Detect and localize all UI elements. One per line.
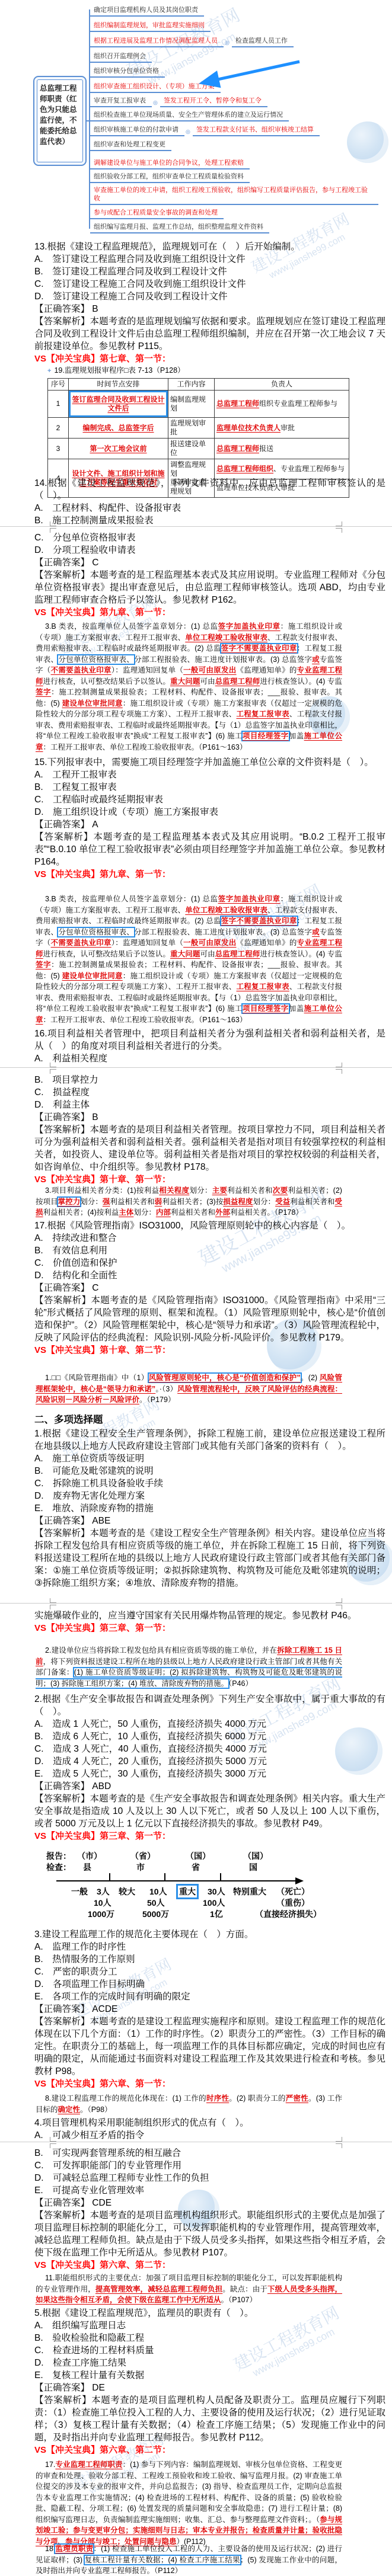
text-segment: 总监理工程师 — [215, 950, 260, 958]
paragraph: A. 造成 1 人死亡，50 人重伤，直接经济损失 4000 万元 — [34, 1718, 385, 1730]
text-segment: VS【冲关宝典】第十章、第一节： — [34, 1175, 171, 1185]
text-segment: C. 严密的职责分工 — [34, 1967, 117, 1977]
vs-reference-line: VS【冲关宝典】第三章、第一节： — [34, 1622, 385, 1634]
table-caption: 19.监理规划报审程序□表 7-13（P128） — [54, 366, 184, 375]
text-segment: 一般可由原发出 — [183, 939, 236, 947]
text-segment: B. 工程复工报审表 — [34, 782, 117, 792]
page-break — [0, 526, 392, 527]
text-segment: 15.下列报审表中，需要施工项目经理签字并加盖施工单位公章的文件资料是（ ）。 — [34, 757, 374, 767]
text-segment: C. 价值创造和保护 — [34, 1258, 117, 1268]
text-segment: 2.根据《生产安全事故报告和调查处理条例》下列生产安全事故中，属于重大事故的有（… — [34, 1694, 385, 1717]
paragraph: D. 分项工程验收申请表 — [34, 544, 385, 556]
mindmap-item-label: 组织审核施工单位的付款申请 — [90, 126, 184, 136]
text-segment: 进行核查签认）。(4) 专监 — [260, 677, 342, 686]
paragraph: 【正确答案】 ACDE — [34, 2003, 385, 2015]
text-segment: 【正确答案】 B — [34, 304, 98, 314]
table-row: 1签订监理合同及收到工程设计文件后编制监理规划总监理工程师组织专业监理工程师参与 — [48, 391, 349, 418]
text-segment: E. 复核工程计量有关数据 — [34, 2370, 144, 2380]
text-segment: 。(2) 职责分工的 — [229, 2094, 286, 2103]
page-break — [0, 1603, 392, 1604]
paragraph: E. 各项工作的完成时间有明确的限定 — [34, 1991, 385, 2003]
page-break — [0, 1067, 392, 1068]
mindmap-item: 组织召开监理例会 — [90, 52, 152, 63]
text-segment: D. 分项工程验收申请表 — [34, 545, 136, 555]
text-segment: 加盖 — [289, 732, 304, 740]
text-segment: 次要 — [273, 1186, 288, 1195]
text-segment: 【正确答案】 CDE — [34, 2198, 111, 2208]
highlight-box: 风险管理原则轮中，核心是“价值创造和保护” — [149, 1374, 301, 1382]
cram-note-stakeholders: 3.项目利益相关者分类：(1)按利益相关程度划分：主要利益相关者和次要利益相关者… — [36, 1185, 342, 1218]
text-segment: A. 施工单位资质等级证明 — [34, 1454, 144, 1464]
diagram-label: （死亡） — [276, 1886, 310, 1897]
mindmap-item-label: 审查开复工报审表 — [90, 97, 152, 107]
text-segment: C. 工程临时或最终延期报审表 — [34, 795, 163, 805]
paragraph: B. 项目掌控力 — [34, 1074, 385, 1086]
text-segment: 、专业监理工程师参与 — [273, 465, 345, 473]
highlight-box: 监理员职责 — [55, 2545, 93, 2553]
paragraph: 1.根据《建设工程安全生产管理条例》，拆除工程施工前，建设单位应报送建设工程所在… — [34, 1428, 385, 1452]
text-segment: 时序性 — [206, 2094, 229, 2103]
text-segment: 分部工程报验表、施工进度计划报审表。(3) 总监签字 — [134, 928, 312, 936]
text-segment: A. 签订建设工程监理合同及收到施工组织设计文件 — [34, 254, 246, 264]
text-segment: 利益相关者和 — [110, 1198, 154, 1206]
text-segment: 一般可由原发出 — [183, 666, 236, 674]
paragraph: E. 堆放、消除废弃物的措施 — [34, 1502, 385, 1515]
text-segment: 确定性 — [58, 2105, 81, 2114]
text-segment: 1 — [56, 399, 60, 408]
vs-reference-line: VS【冲关宝典】第七章、第一节： — [34, 353, 385, 365]
text-segment: C. 检查进场的工程材料质量 — [34, 2345, 154, 2356]
text-segment: 或 — [312, 928, 320, 936]
text-segment: 利益相关者；(3)按 — [162, 1198, 223, 1206]
text-segment: 【正确答案】 ABD — [34, 1781, 111, 1791]
paragraph: 2.根据《生产安全事故报告和调查处理条例》下列生产安全事故中，属于重大事故的有（… — [34, 1693, 385, 1718]
text-segment: VS【冲关宝典】第六章、第一节： — [34, 2079, 171, 2089]
highlight-box: 项目经理签字 — [243, 1004, 289, 1013]
diagram-label: 1000万 — [88, 1908, 114, 1920]
paragraph: D. 废弃物无害化处理方案 — [34, 1490, 385, 1502]
question-16-part2: B. 项目掌控力C. 损益程度D. 利益主体【正确答案】 B【答案解析】本题考查… — [34, 1074, 385, 1186]
paragraph: C. 签订建设工程施工合同及收到施工组织设计文件 — [34, 278, 385, 290]
question-14-part1: 14.根据《建设工程监理规范》，下列文件资料中，应由总监理工程师审核签认的是（ … — [34, 477, 385, 527]
text-segment: 划分： — [133, 1208, 156, 1217]
paragraph: 4.项目管理机构采用职能制组织形式的优点有（ ）。 — [34, 2117, 385, 2129]
text-segment: 损益程度 — [223, 1198, 253, 1206]
text-segment: C. 损益程度 — [34, 1087, 90, 1097]
paragraph: A. 监理工作的时序性 — [34, 1941, 385, 1953]
page-margin-mark — [336, 1063, 342, 1067]
text-segment: B. 热情服务的工作原则 — [34, 1954, 135, 1964]
diagram-label: 报告： — [46, 1850, 71, 1862]
paragraph: 11.职能组织形式的主要优点：加强了项目监理目标控制的职能化分工，可以发挥职能机… — [36, 2273, 342, 2306]
highlight-box: 重大 — [178, 1886, 197, 1897]
paragraph: A. 持续改进和整合 — [34, 1232, 385, 1244]
paragraph: 【答案解析】本题考查的是《生产安全事故报告和调查处理条例》相关内容。重大生产安全… — [34, 1793, 385, 1830]
text-segment: E. 可提高专业化管理效率 — [34, 2185, 144, 2196]
text-segment: VS【冲关宝典】第七章、第一节： — [34, 354, 171, 364]
paragraph: 【答案解析】本题考查的是《风险管理指南》ISO31000。《风险管理指南》中采用… — [34, 1294, 385, 1344]
paragraph: C. 可发挥职能部门的专业管理作用 — [34, 2159, 385, 2172]
mindmap-item-label: 确定项目监理机构人员及其岗位职责 — [90, 6, 204, 17]
text-segment: E. 堆放、消除废弃物的措施 — [34, 1503, 154, 1513]
text-segment: 重大问题 — [170, 677, 200, 686]
page-margin-mark — [336, 2137, 342, 2142]
text-segment: C. 分包单位资格报审表 — [34, 533, 136, 543]
diagram-label: （直接经济损失） — [255, 1908, 321, 1920]
text-segment: B. 验收检验批和隐蔽工程 — [34, 2333, 144, 2343]
connector-circle-icon: ◎ — [225, 40, 230, 46]
paragraph: A. 工程材料、构配件、设备报审表 — [34, 502, 385, 514]
paragraph: C. 拆除施工机具设备验收手续 — [34, 1477, 385, 1490]
text-segment: D. 造成 4 人死亡，20 人重伤，直接经济损失 5000 万元 — [34, 1756, 267, 1767]
paragraph: B. 可实现两套管理系统的相互融合 — [34, 2147, 385, 2159]
question-16-part1: 16.项目利益相关者管理中，把项目利益相关者分为强利益相关者和弱利益相关者，是从… — [34, 1028, 385, 1065]
text-segment: B. 造成 6 人死亡，10 人重伤，直接经济损失 6000 万元 — [34, 1732, 266, 1742]
cram-note-functional-org: 11.职能组织形式的主要优点：加强了项目监理目标控制的职能化分工，可以发挥职能机… — [36, 2273, 342, 2306]
diagram-label: 省 — [192, 1861, 200, 1873]
paragraph: 【正确答案】 C — [34, 556, 385, 569]
text-segment: 分部工程报验表、施工进度计划报审表。(3) 总监签字 — [134, 655, 312, 664]
table-cell: 报送建设单位 — [168, 439, 215, 459]
text-segment: 第一次工地会议前 — [90, 444, 146, 453]
text-segment: 14.根据《建设工程监理规范》，下列文件资料中，应由总监理工程师审核签认的是（ … — [34, 478, 385, 501]
table-header-cell: 负责人 — [215, 379, 349, 391]
text-segment: 3 — [56, 444, 60, 453]
text-segment: 5.根据《建设工程监理规范》，监理员的职责有（ ）。 — [34, 2308, 253, 2318]
text-segment: 17. — [45, 2460, 55, 2469]
text-segment: 【正确答案】 ACDE — [34, 2004, 117, 2014]
text-segment: 【答案解析】本题考查的是项目利益相关者管理。按项目掌控力不同，项目利益相关者可分… — [34, 1125, 385, 1172]
text-segment: C. 可发挥职能部门的专业管理作用 — [34, 2161, 181, 2171]
text-segment: 外部 — [215, 1208, 230, 1217]
diagram-label: 特别重大 — [233, 1886, 266, 1897]
cram-note-standardization: 8.建设工程监理工作的规范化体现在：(1) 工作的时序性。(2) 职责分工的严密… — [36, 2093, 342, 2115]
mindmap-item: 组织编写监理月报、监理工作总结，组织整理监理文件资料 — [90, 223, 269, 233]
multi-choice-question-1-part2: 实施爆破作业的，应当遵守国家有关民用爆炸物品管理的规定。参见教材 P46。VS【… — [34, 1609, 385, 1634]
text-segment: 监理单位技术负责人 — [216, 424, 281, 432]
table-cell: 1 — [48, 391, 69, 418]
paragraph: B. 造成 6 人死亡，10 人重伤，直接经济损失 6000 万元 — [34, 1730, 385, 1743]
text-segment: 可由 — [200, 950, 215, 958]
text-segment: VS【冲关宝典】第三章、第一节： — [34, 1831, 171, 1841]
text-segment: 。·（3） — [155, 1385, 177, 1393]
paragraph: 实施爆破作业的，应当遵守国家有关民用爆炸物品管理的规定。参见教材 P46。 — [34, 1609, 385, 1622]
text-segment: ）：监理通知回复单（ — [111, 939, 183, 947]
text-segment: 【答案解析】本题考查的是《建设工程安全生产管理条例》相关内容。建设单位应当将拆除… — [34, 1528, 385, 1588]
text-segment: 主要 — [212, 1186, 228, 1195]
text-segment: D. 可减轻总监理工程师专业性工作的负担 — [34, 2173, 209, 2183]
mindmap-item-label: 调解建设单位与施工单位的合同争议，处理工程索赔 — [90, 159, 250, 169]
multi-choice-question-4-part1: 4.项目管理机构采用职能制组织形式的优点有（ ）。A. 可减少相互矛盾的指令 — [34, 2117, 385, 2142]
text-segment: 17.根据《风险管理指南》ISO31000，风险管理原则轮中的核心内容是（ ）。 — [34, 1221, 350, 1231]
text-segment: E. 造成 5 人死亡，30 人重伤，直接经济损失 3000 万元 — [34, 1769, 266, 1779]
mindmap-item-label: 组织编写监理月报、监理工作总结，组织整理监理文件资料 — [90, 223, 269, 233]
text-segment: 总监理工程师组织 — [216, 465, 273, 473]
text-segment: 或 — [312, 655, 320, 664]
multi-choice-question-5: 5.根据《建设工程监理规范》，监理员的职责有（ ）。A. 组织编写监理日志B. … — [34, 2307, 385, 2456]
paragraph: 16.项目利益相关者管理中，把项目利益相关者分为强利益相关者和弱利益相关者，是从… — [34, 1028, 385, 1052]
paragraph: 15.下列报审表中，需要施工项目经理签字并加盖施工单位公章的文件资料是（ ）。 — [34, 756, 385, 769]
text-segment: 相关程度 — [159, 1186, 189, 1195]
text-segment: 编制完成、总监签字后 — [82, 424, 154, 432]
mindmap-item-label: 组织审查和处理工程变更 — [90, 140, 171, 151]
paragraph: B. 签订建设工程监理合同及收到工程设计文件 — [34, 265, 385, 278]
highlight-box: 分包单位资格报审表、 — [58, 655, 134, 664]
paragraph: D. 各项监理工作目标明确 — [34, 1978, 385, 1991]
diagram-label: 一般 — [71, 1886, 88, 1897]
multi-choice-question-3: 3.建设工程监理工作的规范化主要体现在（ ）方面。A. 监理工作的时序性B. 热… — [34, 1928, 385, 2090]
text-segment: B. 签订建设工程监理合同及收到工程设计文件 — [34, 267, 227, 277]
text-segment: 。(2) — [301, 1374, 320, 1382]
paragraph: D. 检查工序施工结果 — [34, 2357, 385, 2369]
table-cell: 2 — [48, 418, 69, 439]
mindmap-item: 组织审核分包单位资格 — [90, 67, 165, 78]
text-segment: 利益相关者和 — [290, 1198, 334, 1206]
multi-choice-question-1-part1: 二、多项选择题1.根据《建设工程安全生产管理条例》，拆除工程施工前，建设单位应报… — [34, 1414, 385, 1589]
text-segment: 利益相关者和 — [227, 1186, 273, 1195]
paragraph: C. 工程临时或最终延期报审表 — [34, 793, 385, 806]
paragraph: 2.建设单位应当将拆除工程发包给具有相应资质等级的施工单位，并在拆除工程施工 1… — [36, 1645, 342, 1689]
mindmap-item-label: 审查施工单位的竣工申请，组织工程竣工预验收，组织编写工程质量评估报告，参与工程竣… — [90, 186, 378, 205]
mindmap-item-label: 组织检查施工单位现场质量、安全生产管理体系的建立及运行情况 — [90, 111, 289, 121]
table-cell: 编制完成、总监签字后 — [69, 418, 168, 439]
text-segment: 2 — [56, 424, 60, 432]
text-segment: 16.项目利益相关者管理中，把项目利益相关者分为强利益相关者和弱利益相关者，是从… — [34, 1029, 385, 1051]
text-segment: 划分： — [80, 1198, 103, 1206]
paragraph: A. 签订建设工程监理合同及收到施工组织设计文件 — [34, 253, 385, 265]
question-14-part2: C. 分包单位资格报审表D. 分项工程验收申请表【正确答案】 C【答案解析】本题… — [34, 532, 385, 619]
vs-reference-line: VS【冲关宝典】第九章、第一节： — [34, 606, 385, 619]
text-segment: 总监理工程师 — [216, 444, 259, 453]
text-segment: VS【冲关宝典】第六章、第二节： — [34, 2260, 171, 2270]
paragraph: 18.监理员职责：(1) 检查施工单位投入工程的人力、主要设备的使用及运行状况；… — [36, 2543, 342, 2576]
mindmap-item-label: 组织编制监理规划，审批监理实施细则 — [90, 21, 211, 32]
mindmap-item-label: 参与或配合工程质量安全事故的调查和处理 — [90, 209, 224, 219]
paragraph: A. 利益相关程度 — [34, 1052, 385, 1065]
text-segment: 划分： — [253, 1198, 275, 1206]
table-header-cell: 工作内容 — [168, 379, 215, 391]
text-segment: （P46） — [228, 1679, 253, 1688]
page-margin-mark — [50, 1063, 56, 1067]
text-segment: 审批 — [281, 424, 295, 432]
text-segment: VS【冲关宝典】第三章、第一节： — [34, 1623, 171, 1633]
paragraph: D. 签订建设工程施工合同及收到工程设计文件 — [34, 290, 385, 303]
text-segment: 签订监理合同及收到工程设计文件后 — [72, 395, 164, 412]
highlight-box: 掌控力 — [58, 1198, 81, 1206]
mindmap-item: 参与或配合工程质量安全事故的调查和处理 — [90, 209, 224, 219]
diagram-label: 100人 — [203, 1897, 225, 1909]
mindmap-item: 组织审查施工组织设计、（专项）施工方案 — [90, 82, 221, 93]
table-row: 3第一次工地会议前报送建设单位总监理工程师报送 — [48, 439, 349, 459]
text-segment: VS【冲关宝典】第九章、第一节： — [34, 869, 171, 879]
mindmap-item-label: 组织审查施工组织设计、（专项）施工方案 — [90, 82, 221, 93]
text-segment: 实施爆破作业的，应当遵守国家有关民用爆炸物品管理的规定。参见教材 P46。 — [34, 1611, 356, 1621]
text-segment: 进行核查，认可整改结果后予以签认。 — [43, 950, 170, 958]
text-segment: D. 废弃物无害化处理方案 — [34, 1491, 145, 1501]
table-header-cell: 时间节点安排 — [69, 379, 168, 391]
text-segment: ：(1) 参与下列内容：编制监理规划、审核分包单位资格、工程变更的审查和处理、验… — [36, 2460, 342, 2524]
text-segment: C. 签订建设工程施工合同及收到施工组织设计文件 — [34, 279, 246, 289]
diagram-label: 50人 — [147, 1897, 165, 1909]
page-margin-mark — [336, 1605, 342, 1609]
text-segment: A. 工程材料、构配件、设备报审表 — [34, 503, 181, 513]
text-segment: 组织专业监理工程师参与 — [259, 399, 337, 408]
text-segment: 【答案解析】本题考查的是项目监理机构人员配备及职责分工。监理员应履行下列职责：（… — [34, 2395, 385, 2443]
diagram-label: 30人 — [208, 1886, 225, 1897]
connector-circle-icon: ◎ — [186, 129, 190, 135]
page-margin-mark — [50, 2137, 56, 2142]
paragraph: 【答案解析】本题考查的是工程监理基本表式及其应用说明。专业监理工程师对《分包单位… — [34, 569, 385, 606]
text-segment: 【正确答案】 ABE — [34, 1516, 110, 1526]
cram-note-supervisor-duties: 18.监理员职责：(1) 检查施工单位投入工程的人力、主要设备的使用及运行状况；… — [36, 2543, 342, 2576]
text-segment: 报送 — [259, 444, 273, 453]
text-segment: 1.根据《建设工程安全生产管理条例》，拆除工程施工前，建设单位应报送建设工程所在… — [34, 1429, 385, 1451]
text-segment: 3.建设工程监理工作的规范化主要体现在（ ）方面。 — [34, 1929, 253, 1940]
vs-reference-line: VS【冲关宝典】第十章、第一节： — [34, 1173, 385, 1186]
paragraph: 【答案解析】本题考查的是项目监理机构组织形式。职能组织形式的主要优点是加强了项目… — [34, 2209, 385, 2259]
text-segment: 单位工程竣工验收报审表 — [185, 633, 267, 642]
highlight-box: 签字不需要盖执业印章 — [221, 644, 297, 652]
table-caption-row: +19.监理规划报审程序□表 7-13（P128） — [47, 366, 356, 376]
text-segment: 4.项目管理机构采用职能制组织形式的优点有（ ）。 — [34, 2118, 249, 2128]
paragraph: 13.根据《建设工程监理规范》，监理规划可在（ ）后开始编制。 — [34, 241, 385, 253]
cram-note-demolition: 2.建设单位应当将拆除工程发包给具有相应资质等级的施工单位，并在拆除工程施工 1… — [36, 1645, 342, 1689]
text-segment: 《监理通知单》的 — [236, 666, 297, 674]
text-segment: 严密性 — [286, 2094, 308, 2103]
text-segment: E. 各项工作的完成时间有明确的限定 — [34, 1992, 190, 2002]
text-segment: B. 可实现两套管理系统的相互融合 — [34, 2148, 181, 2158]
text-segment: 专业监理工程师职责 — [55, 2460, 122, 2469]
text-segment: 弱 — [155, 1198, 162, 1206]
text-segment: 3.B 类表，按监理单位人员签字盖章划分：(1) 总监 — [45, 622, 218, 631]
text-segment: D. 利益主体 — [34, 1100, 90, 1110]
highlight-box: 项目经理签字 — [243, 732, 289, 740]
text-segment: 报送建设单位 — [170, 440, 206, 457]
paragraph: B. 可能危及毗邻建筑的说明 — [34, 1465, 385, 1477]
text-segment: A. 工程开工报审表 — [34, 770, 117, 780]
text-segment: 利益相关者和 — [171, 1208, 215, 1217]
diagram-label: 5000万 — [142, 1908, 169, 1920]
paragraph: B. 热情服务的工作原则 — [34, 1953, 385, 1966]
text-segment: C. 造成 3 人死亡，40 人重伤，直接经济损失 4000 万元 — [34, 1744, 267, 1754]
text-segment: D. 检查工序施工结果 — [34, 2358, 126, 2368]
diagram-label: 10人 — [94, 1897, 111, 1909]
paragraph: C. 造成 3 人死亡，40 人重伤，直接经济损失 4000 万元 — [34, 1743, 385, 1755]
text-segment: 不需要盖执业印章 — [51, 939, 111, 947]
diagram-label: 市 — [136, 1861, 145, 1873]
paragraph: D. 施工组织设计或（专项）施工方案报审表 — [34, 806, 385, 818]
text-segment: 签字加盖执业印章 — [218, 895, 281, 903]
text-segment: 【正确答案】 C — [34, 1283, 99, 1293]
paragraph: 【正确答案】 C — [34, 1282, 385, 1294]
text-segment: 划分： — [189, 1186, 212, 1195]
text-segment: 。（P179） — [139, 1396, 175, 1404]
text-segment: 二、多项选择题 — [34, 1415, 103, 1425]
text-segment: 利益相关者；(4)按利益 — [43, 1208, 119, 1217]
table-header-cell: 序号 — [48, 379, 69, 391]
mindmap-item-label: 组织验收分部工程，组织审查单位工程质量检验资料 — [90, 172, 250, 183]
diagram-label: 国 — [249, 1861, 257, 1873]
text-segment: ）：监理通知回复单（ — [111, 666, 183, 674]
text-segment: 3.B 类表，按监理单位人员签字盖章划分：(1) 总监 — [45, 895, 218, 903]
table-cell: 总监理工程师组织、专业监理工程师参与 — [215, 459, 349, 479]
mindmap-item: 调解建设单位与施工单位的合同争议，处理工程索赔 — [90, 159, 250, 169]
text-segment: D. 结构化和全面性 — [34, 1271, 117, 1281]
mindmap-root-label: 总监理工程师职责（红色为只能总监行使，不能委托给总监代表） — [37, 79, 83, 162]
text-segment: 建设单位审批同意 — [62, 972, 123, 980]
text-segment: 监理规划审批 — [170, 419, 206, 436]
anchor-icon: + — [47, 367, 51, 375]
table-row: 2编制完成、总监签字后监理规划审批监理单位技术负责人审批 — [48, 418, 349, 439]
text-segment: 《监理通知单》的 — [236, 939, 297, 947]
page-margin-mark — [336, 521, 342, 526]
text-segment: 【答案解析】本题考查的是建设工程监理实施程序和原则。建设工程监理工作的规范化体现… — [34, 2017, 385, 2076]
paragraph: E. 复核工程计量有关数据 — [34, 2369, 385, 2382]
paragraph: A. 工程开工报审表 — [34, 769, 385, 781]
mindmap-item-label: 组织召开监理例会 — [90, 52, 152, 63]
text-segment: 。（P107） — [221, 2296, 257, 2304]
diagram-label: （市） — [77, 1850, 102, 1862]
page-margin-mark — [50, 521, 56, 526]
paragraph: 【正确答案】 B — [34, 303, 385, 315]
mindmap-item: 组织检查施工单位现场质量、安全生产管理体系的建立及运行情况 — [90, 111, 289, 121]
text-segment: 【正确答案】 DE — [34, 2383, 105, 2393]
text-segment: A. 组织编写监理日志 — [34, 2321, 126, 2331]
text-segment: 【答案解析】本题考查的是工程监理基本表式及其应用说明。“B.0.2 工程开工报审… — [34, 832, 385, 867]
text-segment: 签字 — [36, 961, 51, 969]
cram-note-risk-wheels: 1.□□《风险管理指南》中（1）风险管理原则轮中，核心是“价值创造和保护”。(2… — [36, 1372, 342, 1406]
text-segment: VS【冲关宝典】第六章、第二节： — [34, 2445, 171, 2455]
paragraph: 【答案解析】本题考查的是监理规划编写依据和要求。监理规划应在签订建设工程监理合同… — [34, 315, 385, 353]
paragraph: 【正确答案】 CDE — [34, 2197, 385, 2209]
text-segment: ：工程开工报审表、单位工程竣工验收报审表。（P161～163） — [43, 1016, 247, 1024]
text-segment: 1.□□《风险管理指南》中（1） — [45, 1374, 149, 1382]
diagram-label: （重伤） — [276, 1897, 310, 1909]
text-segment: 签字 — [36, 688, 51, 696]
text-segment: 总监理工程师 — [216, 399, 259, 408]
text-segment: 【答案解析】本题考查的是项目监理机构组织形式。职能组织形式的主要优点是加强了项目… — [34, 2210, 385, 2258]
mindmap-subitem-label: 签发工程开工令、暂停令和复工令 — [160, 97, 267, 107]
paragraph: 【答案解析】本题考查的是建设工程监理实施程序和原则。建设工程监理工作的规范化体现… — [34, 2015, 385, 2078]
paragraph: 3.B 类表，按监理单位人员签字盖章划分：(1) 总监签字加盖执业印章：施工组织… — [36, 894, 342, 1025]
text-segment: 不需要盖执业印章 — [51, 666, 111, 674]
text-segment: D. 施工组织设计或（专项）施工方案报审表 — [34, 807, 218, 817]
diagram-label: 1亿 — [210, 1908, 223, 1920]
page-break — [0, 2142, 392, 2142]
text-segment: VS【冲关宝典】第十章、第二节： — [34, 1345, 171, 1355]
paragraph: E. 造成 5 人死亡，30 人重伤，直接经济损失 3000 万元 — [34, 1768, 385, 1780]
question-13: 13.根据《建设工程监理规范》，监理规划可在（ ）后开始编制。A. 签订建设工程… — [34, 241, 385, 365]
page-margin-mark — [336, 1598, 342, 1603]
paragraph: B. 施工控制测量成果报验表 — [34, 514, 385, 527]
connector-circle-icon: ◎ — [153, 100, 158, 105]
text-segment: 【答案解析】本题考查的是《风险管理指南》ISO31000。《风险管理指南》中采用… — [34, 1295, 385, 1343]
text-segment: 【正确答案】 B — [34, 1112, 98, 1122]
diagram-label: 检查： — [46, 1861, 71, 1873]
text-segment: A. 造成 1 人死亡，50 人重伤，直接经济损失 4000 万元 — [34, 1719, 266, 1729]
paragraph: D. 造成 4 人死亡，20 人重伤，直接经济损失 5000 万元 — [34, 1755, 385, 1768]
paragraph: 【正确答案】 ABD — [34, 1780, 385, 1793]
paragraph: 【正确答案】 B — [34, 1111, 385, 1124]
text-segment: D. 签订建设工程施工合同及收到工程设计文件 — [34, 292, 228, 302]
page-margin-mark — [50, 1598, 56, 1603]
mindmap-item: 组织审查和处理工程变更 — [90, 140, 171, 151]
mindmap-item: 根据工程进展及监理工作情况调配监理人员◎检查监理人员工作 — [90, 37, 294, 47]
text-segment: 可由 — [200, 677, 215, 686]
paragraph: 3.建设工程监理工作的规范化主要体现在（ ）方面。 — [34, 1928, 385, 1941]
table-cell: 监理规划审批 — [168, 418, 215, 439]
text-segment: 内部 — [156, 1208, 171, 1217]
